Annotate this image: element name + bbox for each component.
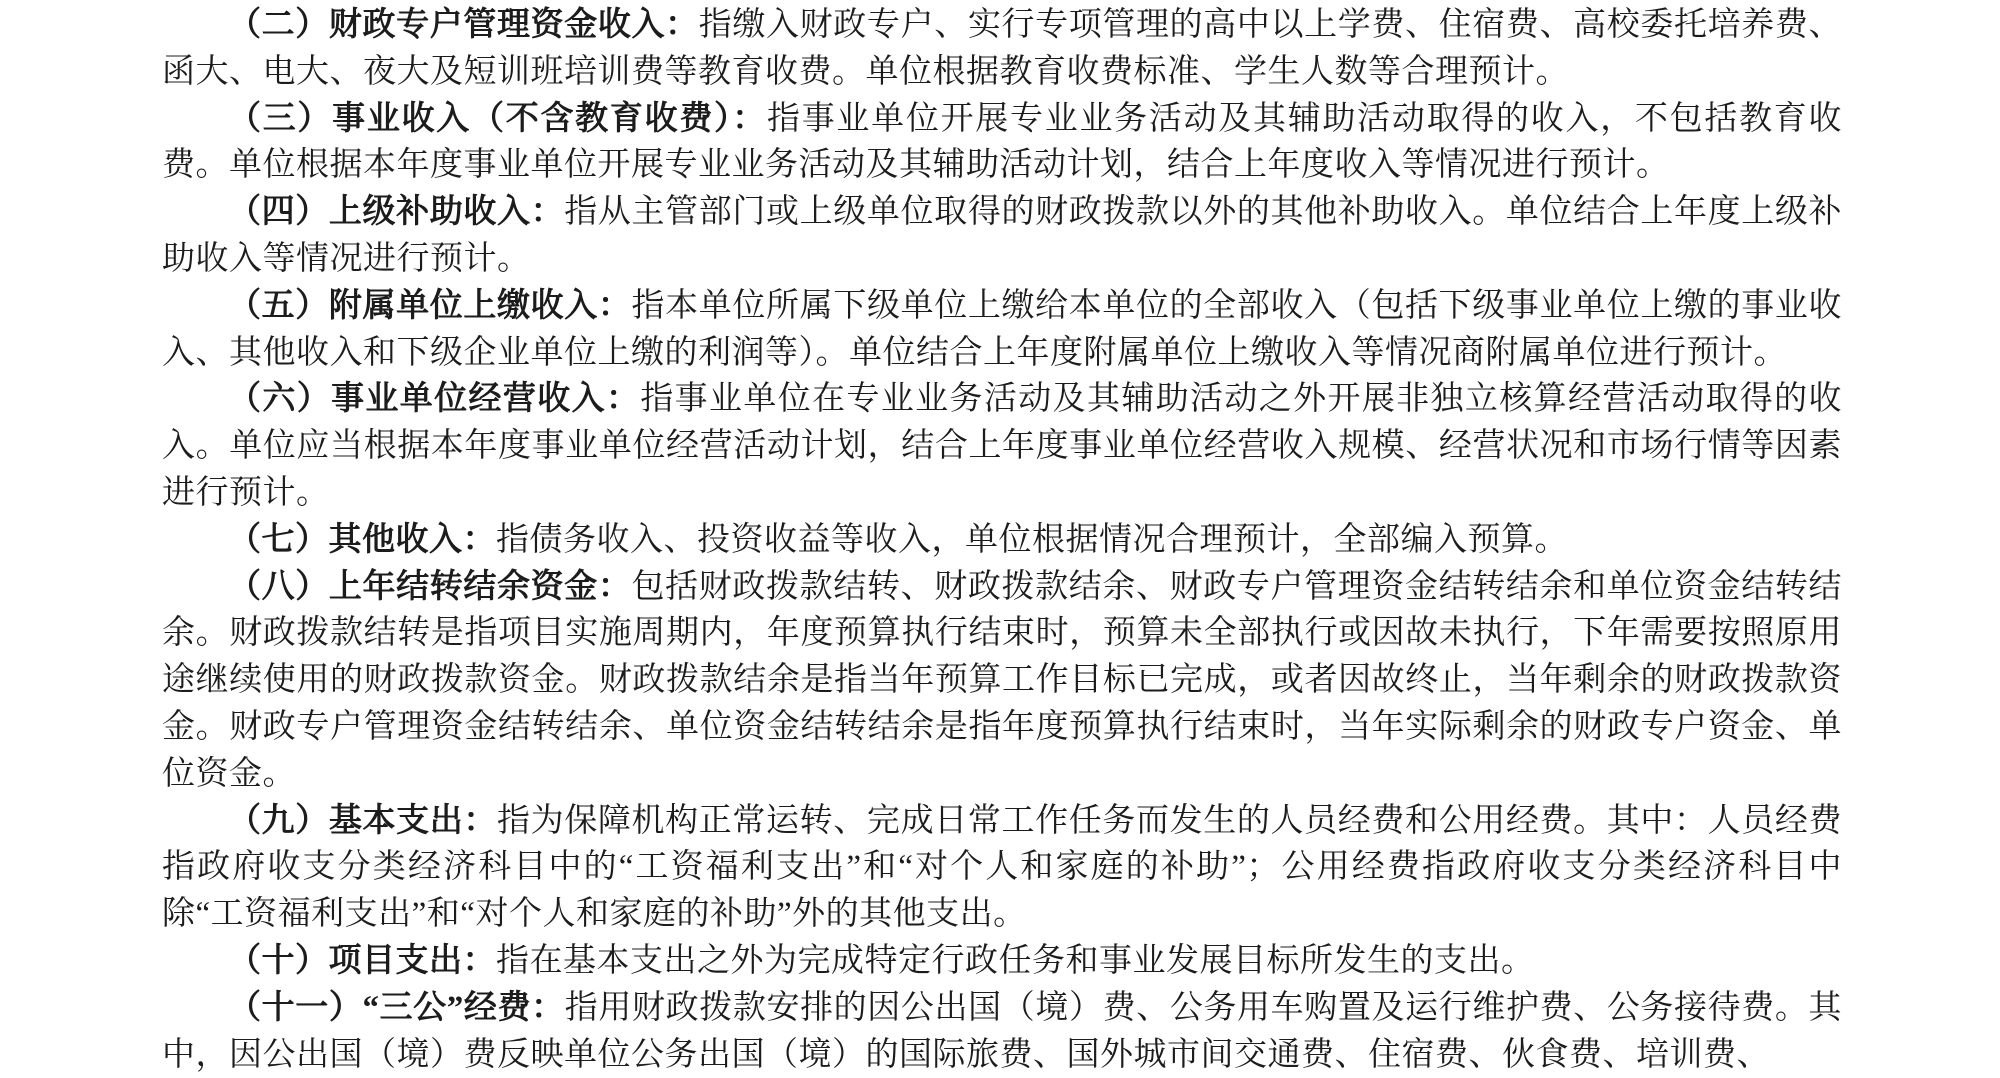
paragraph: （九）基本支出：指为保障机构正常运转、完成日常工作任务而发生的人员经费和公用经费… bbox=[162, 798, 1842, 938]
paragraph-term: （十）项目支出： bbox=[228, 943, 496, 979]
paragraph: （二）财政专户管理资金收入：指缴入财政专户、实行专项管理的高中以上学费、住宿费、… bbox=[162, 2, 1842, 96]
paragraph: （十）项目支出：指在基本支出之外为完成特定行政任务和事业发展目标所发生的支出。 bbox=[162, 938, 1842, 985]
paragraph: （十一）“三公”经费：指用财政拨款安排的因公出国（境）费、公务用车购置及运行维护… bbox=[162, 985, 1842, 1078]
paragraph: （三）事业收入（不含教育收费）：指事业单位开展专业业务活动及其辅助活动取得的收入… bbox=[162, 96, 1842, 190]
paragraph-text: 指债务收入、投资收益等收入，单位根据情况合理预计，全部编入预算。 bbox=[496, 522, 1568, 558]
paragraph-term: （六）事业单位经营收入： bbox=[228, 381, 640, 417]
paragraph-term: （二）财政专户管理资金收入： bbox=[228, 7, 699, 43]
paragraph: （八）上年结转结余资金：包括财政拨款结转、财政拨款结余、财政专户管理资金结转结余… bbox=[162, 564, 1842, 798]
paragraph: （七）其他收入：指债务收入、投资收益等收入，单位根据情况合理预计，全部编入预算。 bbox=[162, 517, 1842, 564]
document-page: （二）财政专户管理资金收入：指缴入财政专户、实行专项管理的高中以上学费、住宿费、… bbox=[0, 0, 2000, 1078]
paragraph: （六）事业单位经营收入：指事业单位在专业业务活动及其辅助活动之外开展非独立核算经… bbox=[162, 376, 1842, 516]
paragraph-term: （七）其他收入： bbox=[228, 522, 496, 558]
paragraph-text: 指在基本支出之外为完成特定行政任务和事业发展目标所发生的支出。 bbox=[496, 943, 1535, 979]
paragraph-term: （五）附属单位上缴收入： bbox=[228, 288, 632, 324]
paragraph-term: （三）事业收入（不含教育收费）： bbox=[228, 101, 767, 137]
paragraph-term: （九）基本支出： bbox=[228, 803, 497, 839]
paragraph: （四）上级补助收入：指从主管部门或上级单位取得的财政拨款以外的其他补助收入。单位… bbox=[162, 189, 1842, 283]
paragraph-term: （四）上级补助收入： bbox=[228, 194, 564, 230]
paragraph-term: （十一）“三公”经费： bbox=[228, 990, 565, 1026]
document-body: （二）财政专户管理资金收入：指缴入财政专户、实行专项管理的高中以上学费、住宿费、… bbox=[162, 2, 1842, 1078]
paragraph: （五）附属单位上缴收入：指本单位所属下级单位上缴给本单位的全部收入（包括下级事业… bbox=[162, 283, 1842, 377]
paragraph-term: （八）上年结转结余资金： bbox=[228, 569, 632, 605]
